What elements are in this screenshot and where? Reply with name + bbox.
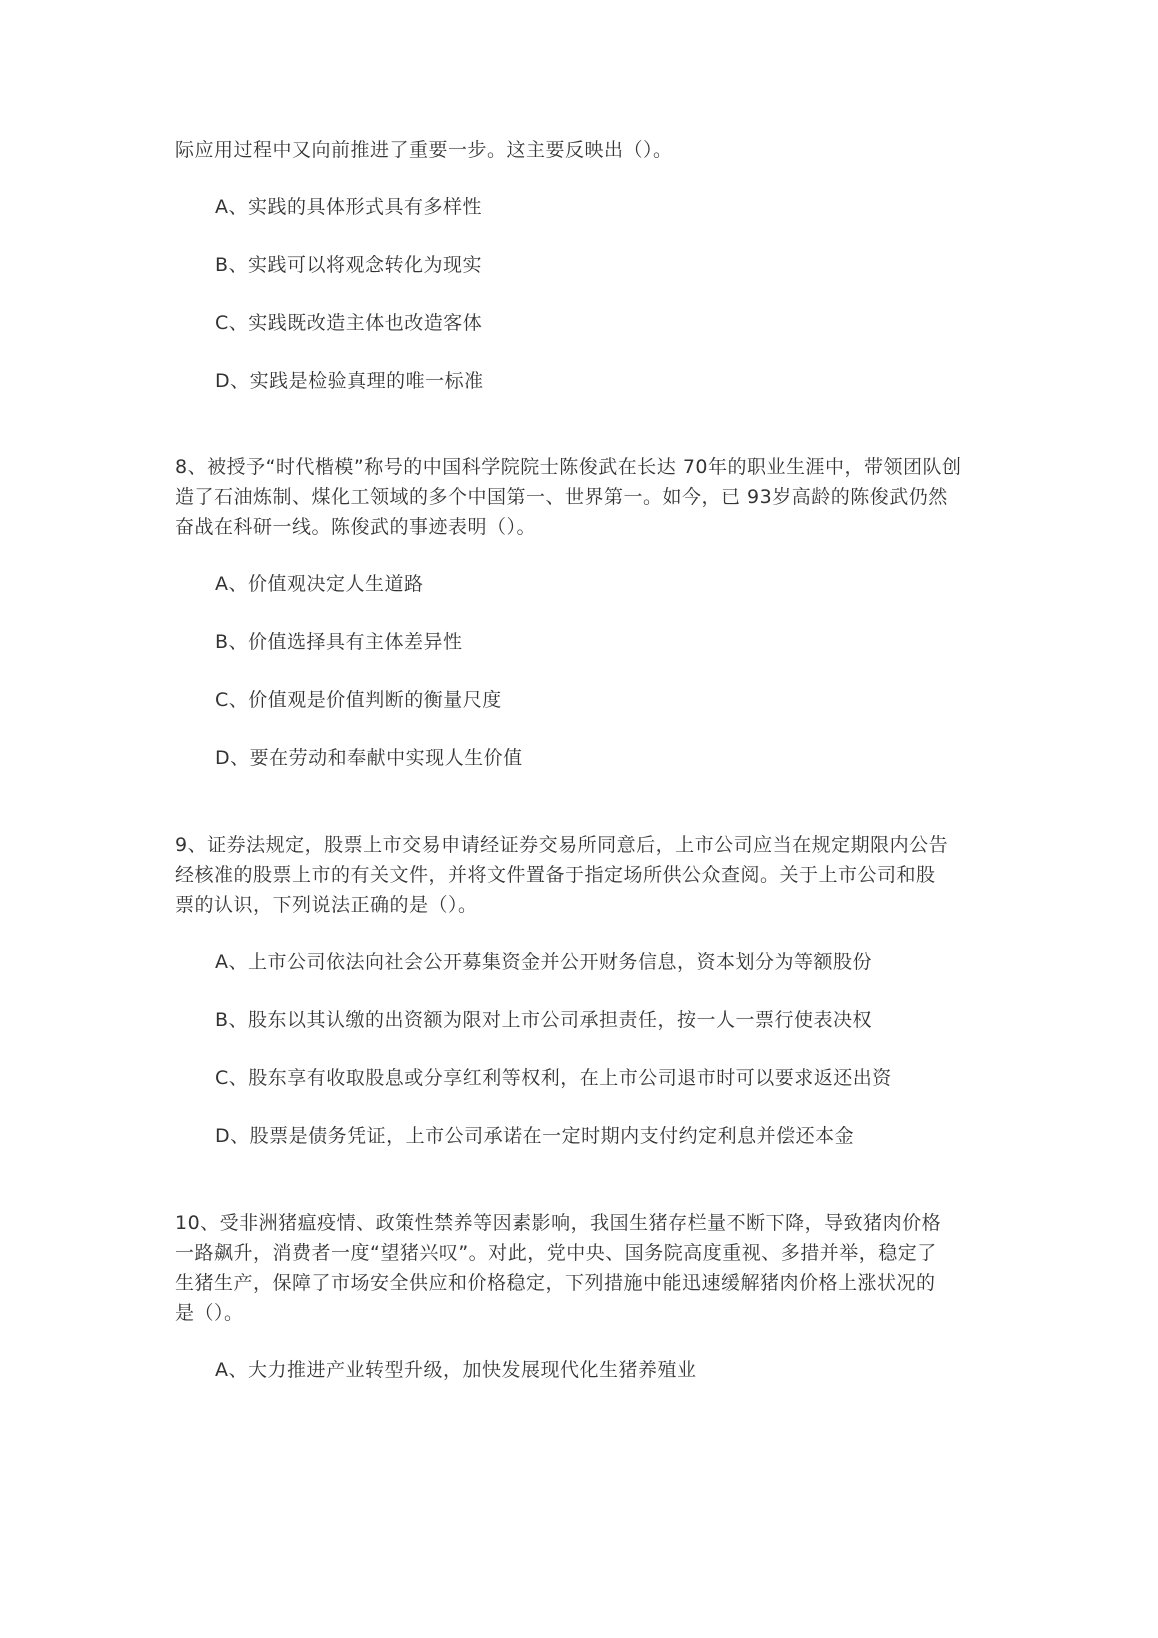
q10-stem-line: 10、受非洲猪瘟疫情、政策性禁养等因素影响，我国生猪存栏量不断下降，导致猪肉价格 — [175, 1208, 941, 1238]
q9-stem-line: 9、证券法规定，股票上市交易申请经证券交易所同意后，上市公司应当在规定期限内公告 — [175, 830, 948, 860]
q9-option-d: D、股票是债务凭证，上市公司承诺在一定时期内支付约定利息并偿还本金 — [215, 1121, 854, 1151]
q7-option-c: C、实践既改造主体也改造客体 — [215, 308, 482, 338]
q8-option-b: B、价值选择具有主体差异性 — [215, 627, 463, 657]
q9-option-a: A、上市公司依法向社会公开募集资金并公开财务信息，资本划分为等额股份 — [215, 947, 872, 977]
q8-option-c: C、价值观是价值判断的衡量尺度 — [215, 685, 502, 715]
q9-stem-line: 经核准的股票上市的有关文件，并将文件置备于指定场所供公众查阅。关于上市公司和股 — [175, 860, 936, 890]
q8-stem-line: 奋战在科研一线。陈俊武的事迹表明（）。 — [175, 512, 536, 542]
q7-option-d: D、实践是检验真理的唯一标准 — [215, 366, 484, 396]
q8-option-a: A、价值观决定人生道路 — [215, 569, 424, 599]
q9-option-b: B、股东以其认缴的出资额为限对上市公司承担责任，按一人一票行使表决权 — [215, 1005, 872, 1035]
q8-stem-line: 8、被授予“时代楷模”称号的中国科学院院士陈俊武在长达 70年的职业生涯中，带领… — [175, 452, 962, 482]
q10-stem-line: 一路飙升，消费者一度“望猪兴叹”。对此，党中央、国务院高度重视、多措并举，稳定了 — [175, 1238, 937, 1268]
q8-option-d: D、要在劳动和奉献中实现人生价值 — [215, 743, 523, 773]
q10-stem-line: 是（）。 — [175, 1298, 244, 1328]
document-page: 际应用过程中又向前推进了重要一步。这主要反映出（）。 A、实践的具体形式具有多样… — [0, 0, 1158, 1638]
q9-stem-line: 票的认识，下列说法正确的是（）。 — [175, 890, 478, 920]
q9-option-c: C、股东享有收取股息或分享红利等权利，在上市公司退市时可以要求返还出资 — [215, 1063, 892, 1093]
q7-option-a: A、实践的具体形式具有多样性 — [215, 192, 482, 222]
q10-stem-line: 生猪生产，保障了市场安全供应和价格稳定，下列措施中能迅速缓解猪肉价格上涨状况的 — [175, 1268, 936, 1298]
q7-stem: 际应用过程中又向前推进了重要一步。这主要反映出（）。 — [175, 135, 673, 165]
q8-stem-line: 造了石油炼制、煤化工领域的多个中国第一、世界第一。如今，已 93岁高龄的陈俊武仍… — [175, 482, 948, 512]
q7-option-b: B、实践可以将观念转化为现实 — [215, 250, 482, 280]
q10-option-a: A、大力推进产业转型升级，加快发展现代化生猪养殖业 — [215, 1355, 697, 1385]
